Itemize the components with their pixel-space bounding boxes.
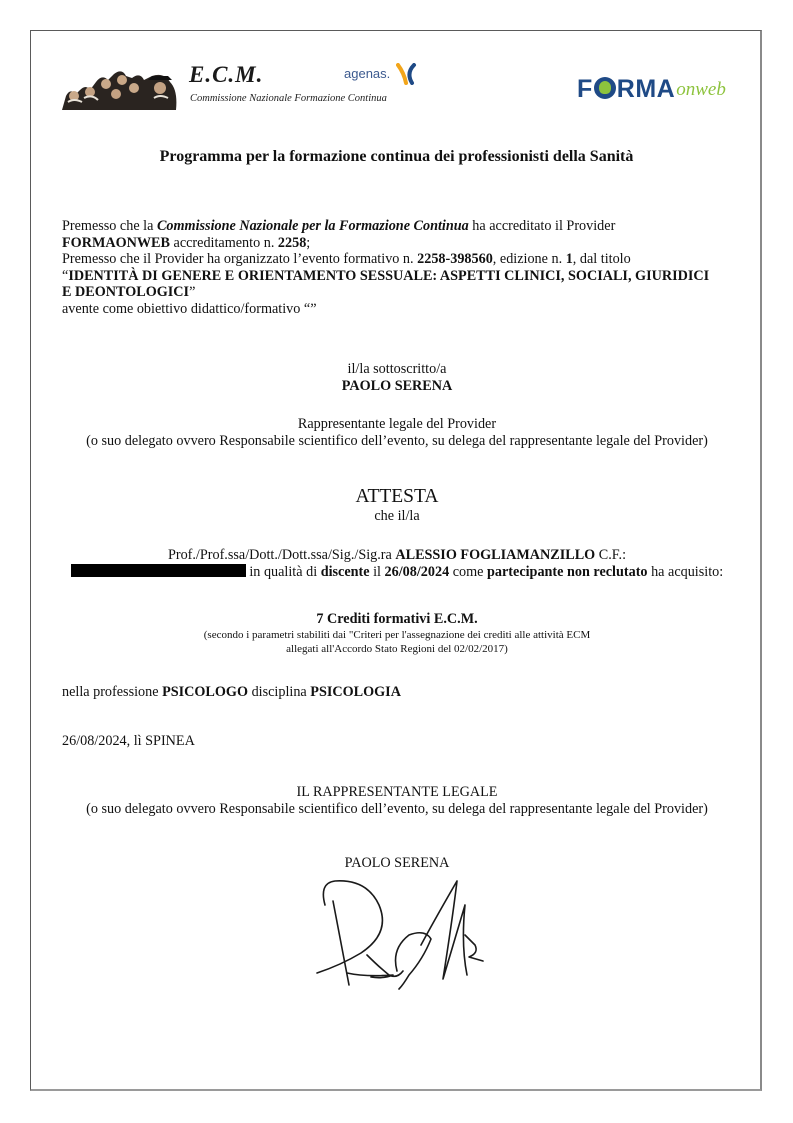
event-title-block: “IDENTITÀ DI GENERE E ORIENTAMENTO SESSU…	[62, 268, 717, 301]
attesta-block: ATTESTA che il/la	[62, 486, 732, 525]
participant-role: discente	[321, 564, 370, 580]
credits-note-line1: (secondo i parametri stabiliti dai "Crit…	[62, 628, 732, 642]
text: C.F.:	[595, 547, 626, 563]
participation-date: 26/08/2024	[385, 564, 450, 580]
text: nella professione	[62, 684, 162, 700]
footer-signatory-block: IL RAPPRESENTANTE LEGALE (o suo delegato…	[62, 784, 732, 817]
signatory-delegate-note: (o suo delegato ovvero Responsabile scie…	[62, 433, 732, 450]
provider-name: FORMAONWEB	[62, 235, 170, 251]
forma-text-onweb: onweb	[676, 79, 726, 100]
profession-line: nella professione PSICOLOGO disciplina P…	[62, 684, 742, 701]
premise-line-accreditation: FORMAONWEB accreditamento n. 2258;	[62, 235, 742, 252]
ecm-subtitle: Commissione Nazionale Formazione Continu…	[190, 93, 387, 104]
text: ha accreditato il Provider	[469, 218, 616, 234]
event-number: 2258-398560	[417, 251, 493, 267]
attesta-heading: ATTESTA	[62, 486, 732, 508]
text: il	[370, 564, 385, 580]
commission-name: Commissione Nazionale per la Formazione …	[157, 218, 469, 234]
credits-note-line2: allegati all'Accordo Stato Regioni del 0…	[62, 642, 732, 656]
forma-text-rma: RMA	[617, 75, 675, 103]
text: Prof./Prof.ssa/Dott./Dott.ssa/Sig./Sig.r…	[168, 547, 395, 563]
agenas-text: agenas.	[344, 66, 390, 81]
signatory-label: il/la sottoscritto/a	[62, 361, 732, 378]
credits-block: 7 Crediti formativi E.C.M. (secondo i pa…	[62, 611, 732, 656]
place-date: 26/08/2024, lì SPINEA	[62, 733, 742, 750]
text: Premesso che la	[62, 218, 157, 234]
premise-line-commission: Premesso che la Commissione Nazionale pe…	[62, 218, 742, 235]
redacted-fiscal-code	[71, 564, 246, 577]
agenas-mark-icon	[396, 63, 418, 85]
footer-heading: IL RAPPRESENTANTE LEGALE	[62, 784, 732, 801]
edition-number: 1	[566, 251, 573, 267]
text: , dal titolo	[573, 251, 631, 267]
signatory-name: PAOLO SERENA	[342, 378, 453, 394]
participant-block: Prof./Prof.ssa/Dott./Dott.ssa/Sig./Sig.r…	[62, 547, 732, 580]
credits-amount: 7 Crediti formativi E.C.M.	[62, 611, 732, 628]
signatory-role: Rappresentante legale del Provider	[62, 416, 732, 433]
signatory-block: il/la sottoscritto/a PAOLO SERENA	[62, 361, 732, 394]
accreditation-number: 2258	[278, 235, 306, 251]
formaonweb-logo: FRMAonweb	[577, 75, 726, 105]
profession: PSICOLOGO	[162, 684, 248, 700]
attesta-sub: che il/la	[62, 508, 732, 525]
text: ha acquisito:	[648, 564, 724, 580]
premise-paragraph: Premesso che la Commissione Nazionale pe…	[62, 218, 742, 317]
text: Premesso che il Provider ha organizzato …	[62, 251, 417, 267]
program-title: Programma per la formazione continua dei…	[0, 148, 793, 166]
discipline: PSICOLOGIA	[310, 684, 401, 700]
handwritten-signature-icon	[305, 875, 495, 990]
text: ”	[189, 284, 195, 300]
text: ;	[306, 235, 310, 251]
signatory-role-block: Rappresentante legale del Provider (o su…	[62, 416, 732, 449]
objective-line: avente come obiettivo didattico/formativ…	[62, 301, 742, 318]
ecm-title: E.C.M.	[189, 62, 263, 88]
premise-line-event: Premesso che il Provider ha organizzato …	[62, 251, 742, 268]
participant-type: partecipante non reclutato	[487, 564, 648, 580]
forma-globe-figure-icon	[594, 77, 616, 99]
participant-name: ALESSIO FOGLIAMANZILLO	[395, 547, 595, 563]
footer-name-block: PAOLO SERENA	[62, 855, 732, 872]
event-title: IDENTITÀ DI GENERE E ORIENTAMENTO SESSUA…	[62, 268, 709, 301]
footer-delegate-note: (o suo delegato ovvero Responsabile scie…	[62, 801, 732, 818]
text: disciplina	[248, 684, 310, 700]
text: accreditamento n.	[170, 235, 278, 251]
forma-text-f: F	[577, 75, 593, 103]
anatomy-lesson-portrait-icon	[60, 68, 184, 110]
footer-name: PAOLO SERENA	[62, 855, 732, 872]
text: , edizione n.	[493, 251, 566, 267]
text: come	[449, 564, 487, 580]
text: in qualità di	[246, 564, 321, 580]
